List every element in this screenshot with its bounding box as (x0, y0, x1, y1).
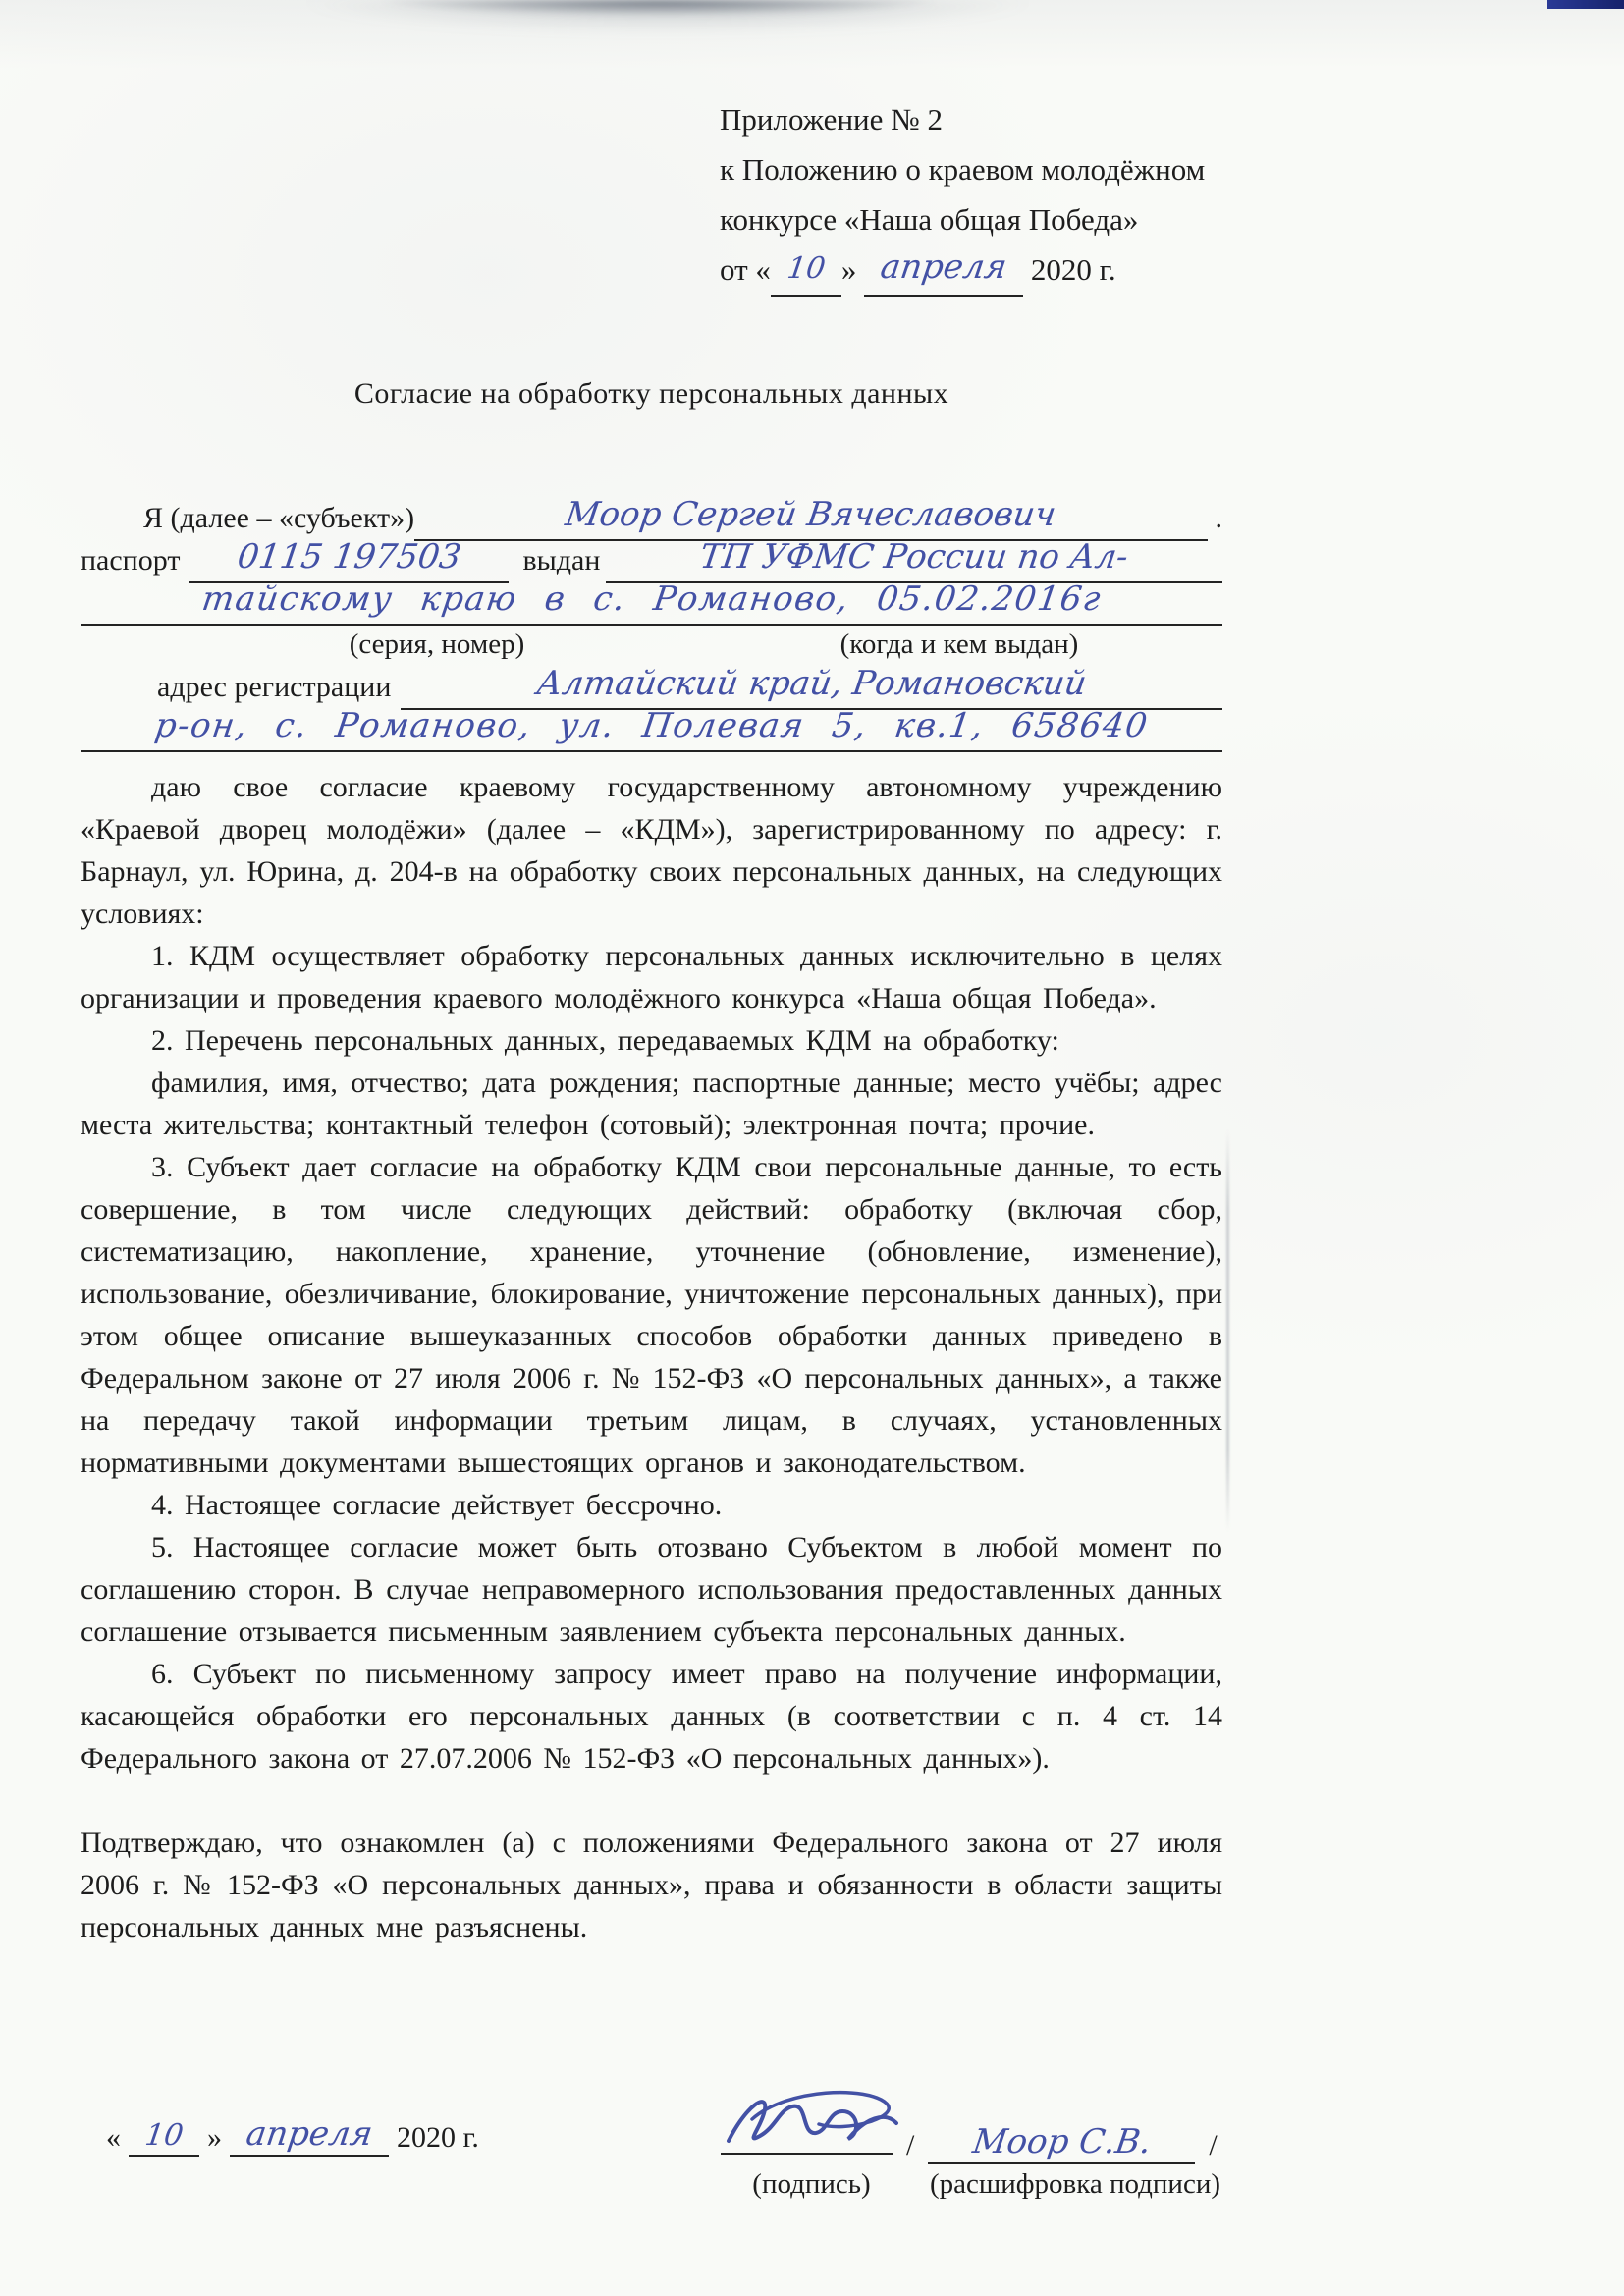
month-blank: апреля (864, 245, 1023, 297)
address-field-1: Алтайский край, Романовский (401, 666, 1222, 710)
clause-6: 6. Субъект по письменному запросу имеет … (81, 1653, 1222, 1779)
signature-field (721, 2111, 893, 2155)
terms: даю свое согласие краевому государственн… (81, 766, 1222, 1948)
scan-edge-shadow (1226, 1129, 1229, 1532)
handwritten-footer-day: 10 (143, 2121, 185, 2151)
footer-day-blank: 10 (129, 2121, 199, 2157)
field-captions: (серия, номер) (когда и кем выдан) (81, 624, 1222, 666)
handwritten-footer-month: апреля (244, 2117, 375, 2151)
day-blank: 10 (771, 245, 841, 297)
clause-4: 4. Настоящее согласие действует бессрочн… (81, 1484, 1222, 1526)
caption-spacer (902, 2168, 928, 2201)
clause-3: 3. Субъект дает согласие на обработку КД… (81, 1146, 1222, 1484)
handwritten-passport-number: 0115 197503 (236, 540, 463, 574)
signature-row: / Моор С.В. / (721, 2111, 1222, 2164)
appendix-number: Приложение № 2 (720, 94, 1205, 144)
footer-date-year: 2020 г. (397, 2121, 479, 2155)
clause-1: 1. КДМ осуществляет обработку персональн… (81, 935, 1222, 1019)
subject-line: Я (далее – «субъект») Моор Сергей Вячесл… (81, 497, 1222, 539)
signature-footer: « 10 » апреля 2020 г. / Моор С.В. / (под… (81, 2111, 1222, 2201)
appendix-reference-2: конкурсе «Наша общая Победа» (720, 194, 1205, 245)
appendix-header: Приложение № 2 к Положению о краевом мол… (720, 94, 1205, 295)
passport-line: паспорт 0115 197503 выдан ТП УФМС России… (81, 539, 1222, 581)
subject-label: Я (далее – «субъект») (143, 497, 414, 539)
scan-corner-mark (1547, 0, 1624, 9)
scan-smudge (381, 0, 937, 16)
address-line-1: адрес регистрации Алтайский край, Романо… (81, 666, 1222, 708)
handwritten-signature-name: Моор С.В. (970, 2125, 1153, 2159)
date-prefix: от « (720, 252, 771, 287)
passport-issuer-line-2: тайскому краю в с. Романово, 05.02.2016г (81, 581, 1222, 624)
handwritten-address-1: Алтайский край, Романовский (535, 667, 1089, 700)
signature-name-field: Моор С.В. (928, 2127, 1195, 2164)
footer-date: « 10 » апреля 2020 г. (81, 2111, 479, 2157)
footer-date-close: » (207, 2121, 222, 2155)
address-field-2: р-он, с. Романово, ул. Полевая 5, кв.1, … (81, 708, 1222, 752)
slash-separator-2: / (1209, 2129, 1217, 2162)
passport-label: паспорт (81, 539, 180, 581)
document-page: Приложение № 2 к Положению о краевом мол… (0, 0, 1624, 2296)
signature-caption: (подпись) (721, 2168, 902, 2201)
intro-paragraph: даю свое согласие краевому государственн… (81, 766, 1222, 935)
address-line-2: р-он, с. Романово, ул. Полевая 5, кв.1, … (81, 708, 1222, 750)
subject-line-period: . (1216, 497, 1223, 539)
footer-date-open: « (106, 2121, 121, 2155)
passport-issuer-field-1: ТП УФМС России по Ал- (606, 539, 1222, 583)
handwritten-day: 10 (785, 254, 827, 284)
handwritten-address-2: р-он, с. Романово, ул. Полевая 5, кв.1, … (152, 709, 1150, 742)
clause-5: 5. Настоящее согласие может быть отозван… (81, 1526, 1222, 1653)
clause-2: 2. Перечень персональных данных, передав… (81, 1019, 1222, 1062)
passport-number-field: 0115 197503 (189, 539, 509, 583)
address-label: адрес регистрации (81, 666, 401, 708)
series-caption: (серия, номер) (299, 624, 574, 666)
handwritten-subject-name: Моор Сергей Вячеславович (564, 498, 1058, 531)
issued-caption: (когда и кем выдан) (724, 624, 1195, 666)
handwritten-passport-issuer-2: тайскому краю в с. Романово, 05.02.2016г (199, 582, 1103, 616)
document-body: Я (далее – «субъект») Моор Сергей Вячесл… (81, 497, 1222, 1948)
signature-captions: (подпись) (расшифровка подписи) (721, 2168, 1222, 2201)
signature-block: / Моор С.В. / (подпись) (расшифровка под… (721, 2111, 1222, 2201)
document-title: Согласие на обработку персональных данны… (81, 377, 1222, 410)
handwritten-passport-issuer-1: ТП УФМС России по Ал- (698, 540, 1130, 574)
issued-label: выдан (522, 539, 600, 581)
appendix-date-line: от «10» апреля 2020 г. (720, 245, 1205, 295)
signature-scrawl (723, 2084, 909, 2162)
date-year: 2020 г. (1031, 252, 1116, 287)
footer-month-blank: апреля (230, 2119, 389, 2157)
appendix-reference-1: к Положению о краевом молодёжном (720, 144, 1205, 194)
confirmation-paragraph: Подтверждаю, что ознакомлен (а) с положе… (81, 1822, 1222, 1948)
date-mid: » (841, 252, 857, 287)
signature-name-caption: (расшифровка подписи) (928, 2168, 1222, 2201)
handwritten-month: апреля (879, 250, 1009, 284)
passport-issuer-field-2: тайскому краю в с. Романово, 05.02.2016г (81, 581, 1222, 626)
subject-name-field: Моор Сергей Вячеславович (414, 497, 1207, 541)
clause-2-list: фамилия, имя, отчество; дата рождения; п… (81, 1062, 1222, 1146)
